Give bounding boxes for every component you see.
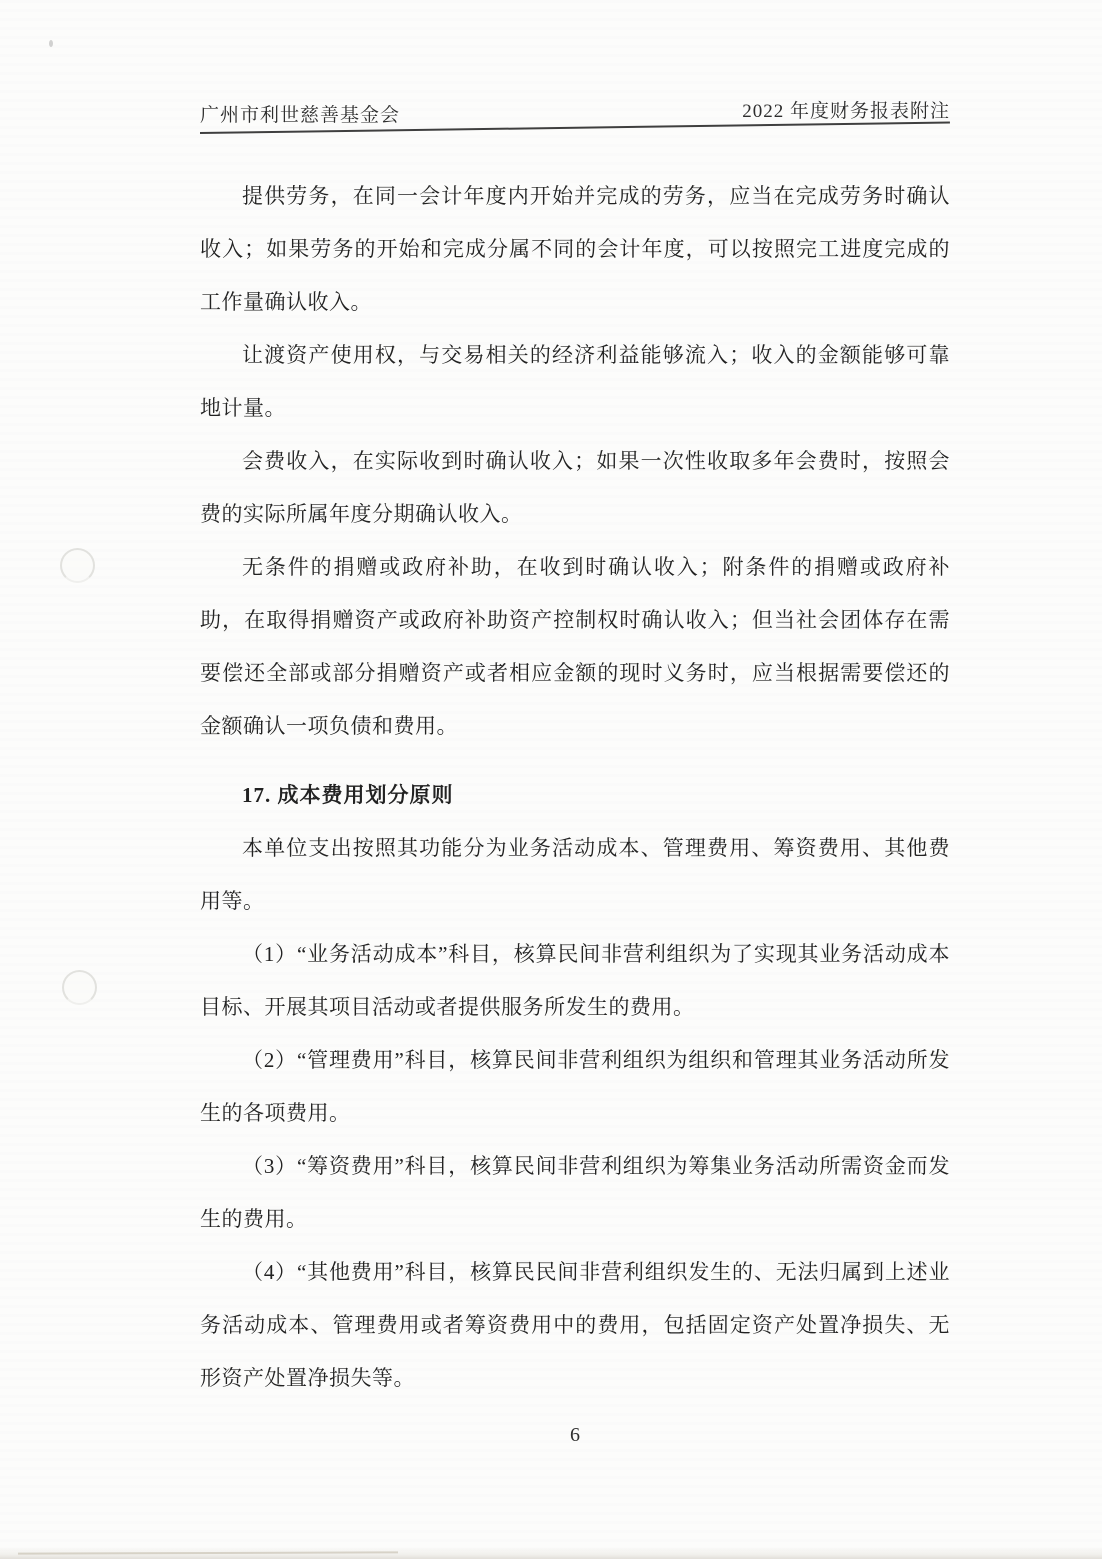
paragraph-business-activity-cost: （1）“业务活动成本”科目，核算民间非营利组织为了实现其业务活动成本目标、开展其… [200, 928, 950, 1034]
punch-hole-mark-upper [60, 548, 95, 583]
header-org-name: 广州市利世慈善基金会 [200, 103, 400, 129]
paragraph-admin-expense: （2）“管理费用”科目，核算民间非营利组织为组织和管理其业务活动所发生的各项费用… [200, 1034, 950, 1140]
paragraph-labor-service-revenue: 提供劳务，在同一会计年度内开始并完成的劳务，应当在完成劳务时确认收入；如果劳务的… [200, 170, 950, 329]
paragraph-fundraising-expense: （3）“筹资费用”科目，核算民间非营利组织为筹集业务活动所需资金而发生的费用。 [200, 1140, 950, 1246]
page-number: 6 [200, 1424, 950, 1447]
paragraph-expense-classification: 本单位支出按照其功能分为业务活动成本、管理费用、筹资费用、其他费用等。 [200, 822, 950, 928]
section-heading-cost-expense-principle: 17. 成本费用划分原则 [200, 769, 950, 822]
paragraph-membership-fee-revenue: 会费收入，在实际收到时确认收入；如果一次性收取多年会费时，按照会费的实际所属年度… [200, 435, 950, 541]
paragraph-other-expense: （4）“其他费用”科目，核算民民间非营利组织发生的、无法归属到上述业务活动成本、… [200, 1246, 950, 1405]
document-page-content: 广州市利世慈善基金会 2022 年度财务报表附注 提供劳务，在同一会计年度内开始… [200, 103, 950, 1405]
paragraph-asset-use-rights: 让渡资产使用权，与交易相关的经济利益能够流入；收入的金额能够可靠地计量。 [200, 329, 950, 435]
punch-hole-mark-lower [62, 970, 97, 1005]
paragraph-donation-subsidy-recognition: 无条件的捐赠或政府补助，在收到时确认收入；附条件的捐赠或政府补助，在取得捐赠资产… [200, 541, 950, 753]
scan-speck-mark [49, 40, 53, 47]
document-body: 提供劳务，在同一会计年度内开始并完成的劳务，应当在完成劳务时确认收入；如果劳务的… [200, 170, 950, 1405]
